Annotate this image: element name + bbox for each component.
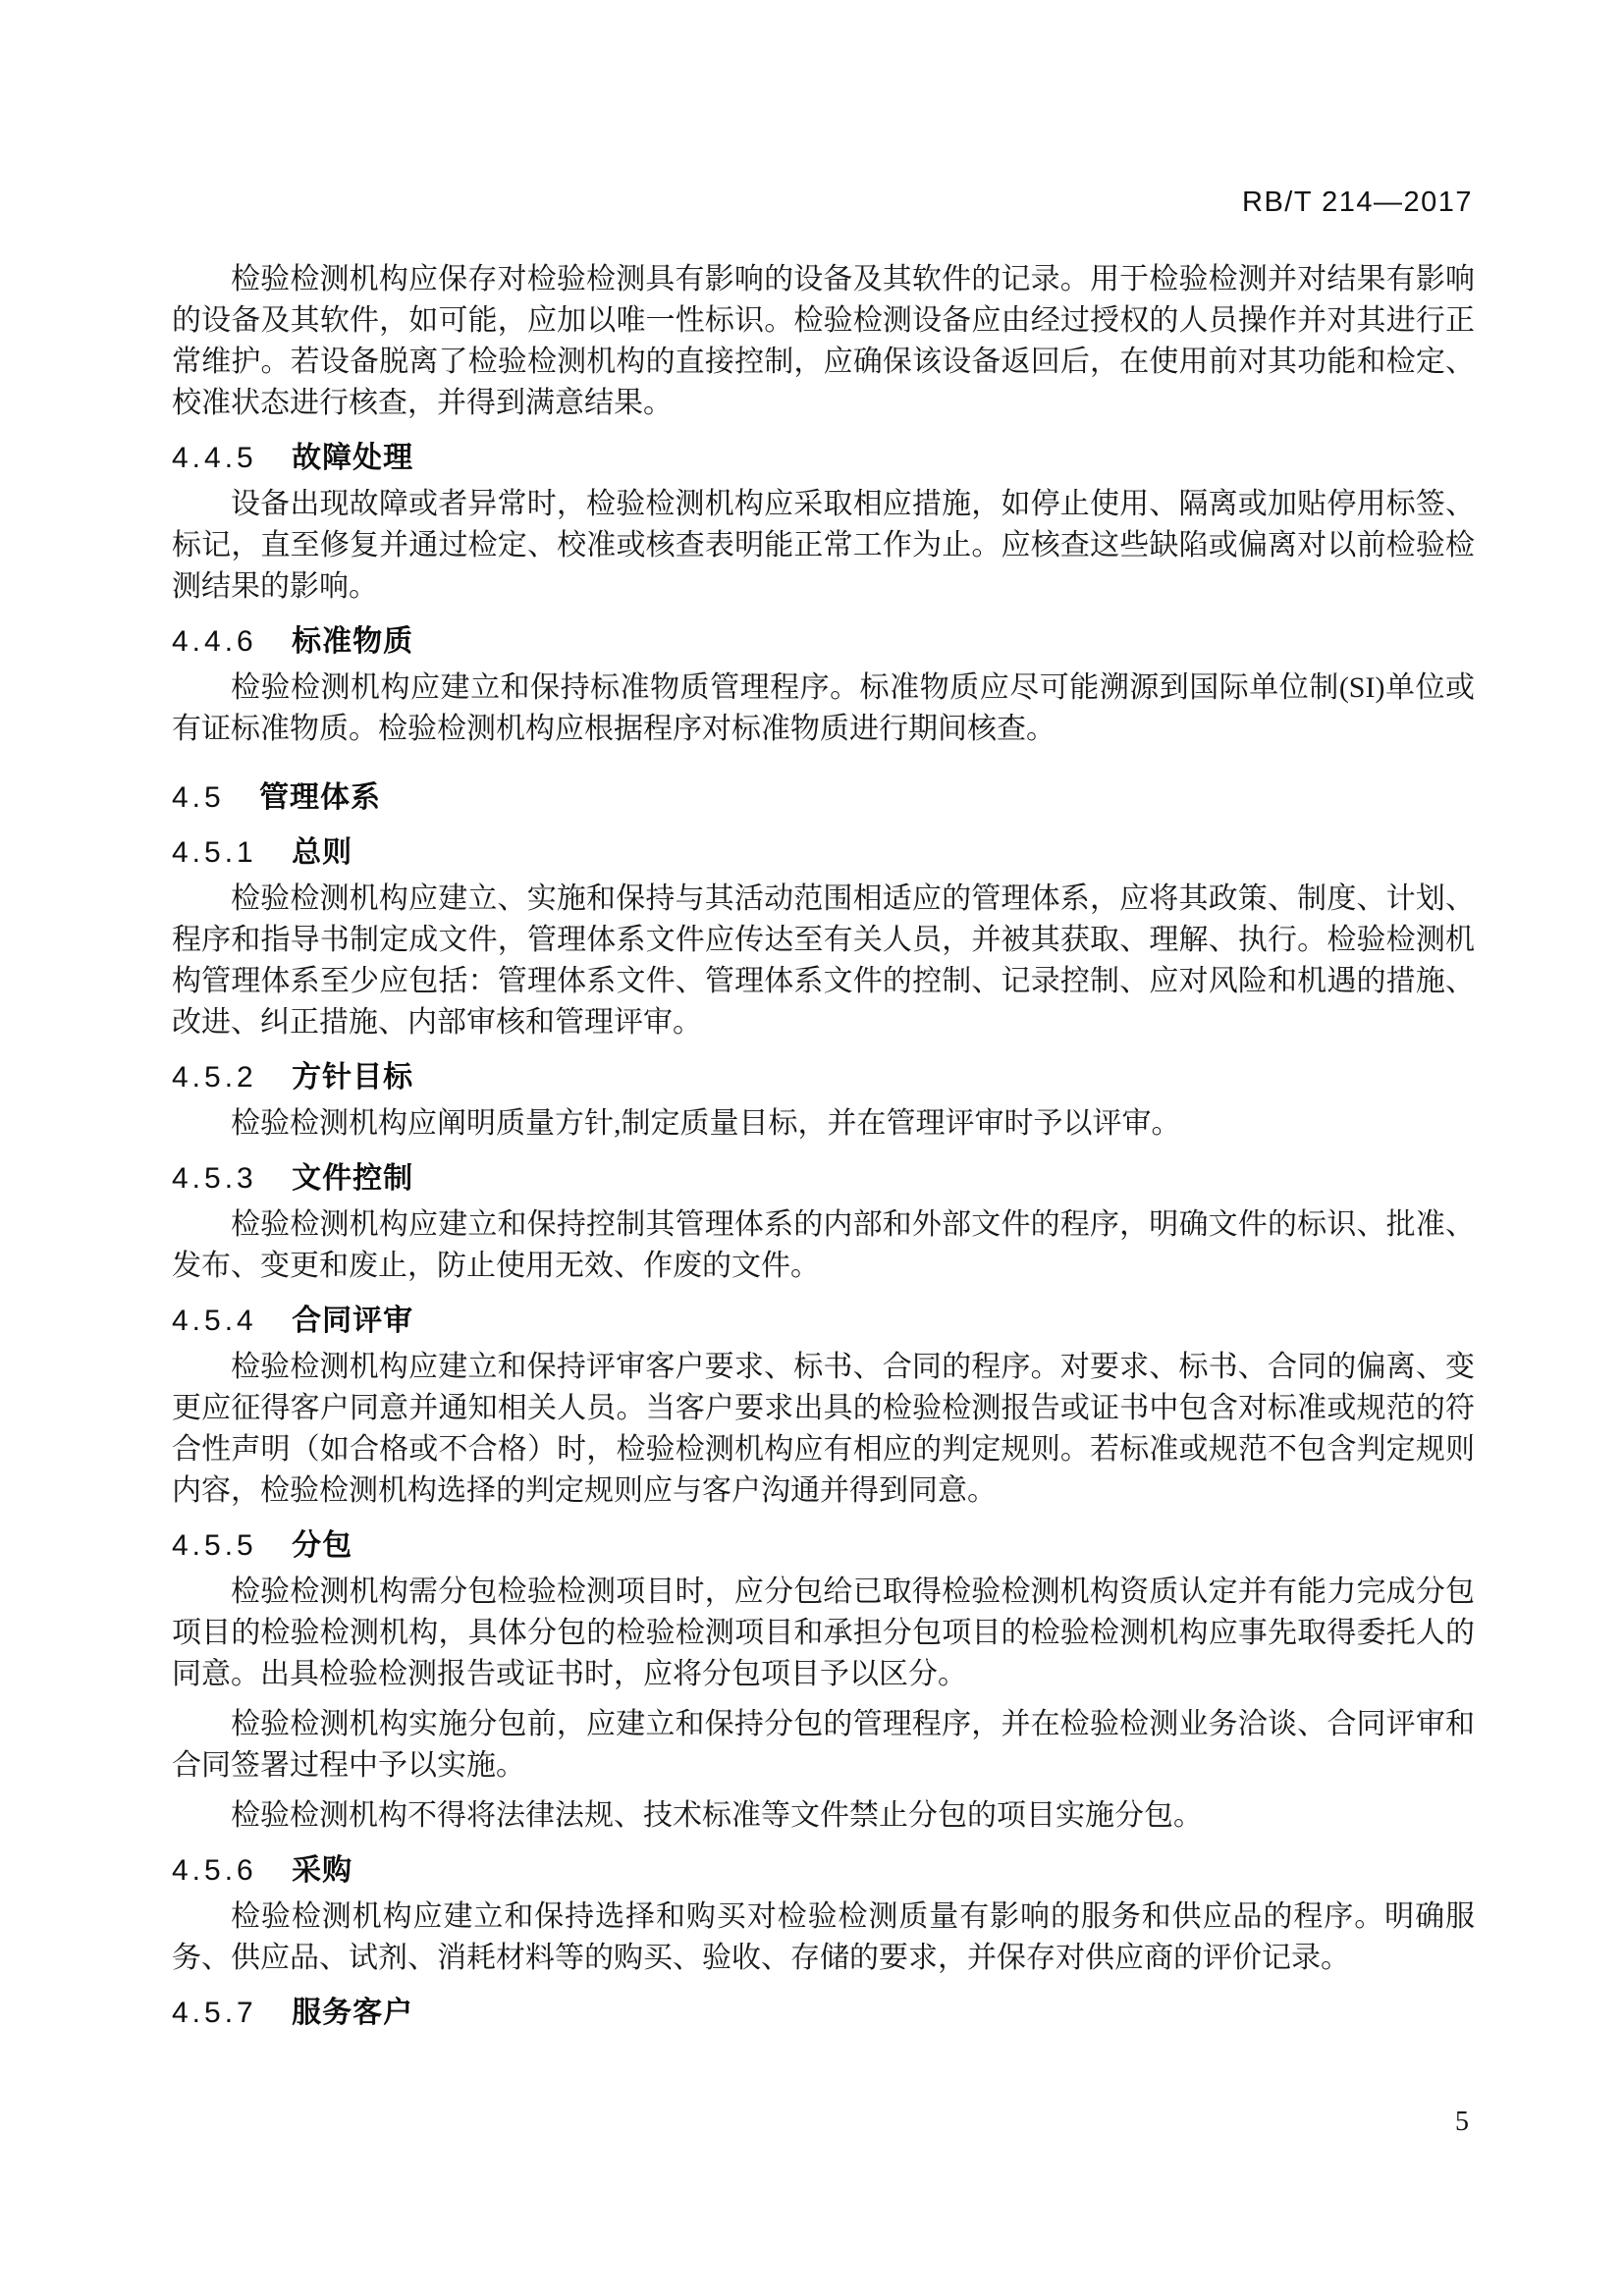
body-paragraph: 检验检测机构应建立和保持选择和购买对检验检测质量有影响的服务和供应品的程序。明确… xyxy=(172,1896,1475,1979)
section-number: 4.5.6 xyxy=(172,1854,257,1887)
section-number: 4.5.4 xyxy=(172,1305,257,1337)
section-title: 分包 xyxy=(292,1529,352,1562)
body-paragraph: 检验检测机构需分包检验检测项目时，应分包给已取得检验检测机构资质认定并有能力完成… xyxy=(172,1572,1475,1695)
section-number: 4.5 xyxy=(172,781,225,814)
section-title: 文件控制 xyxy=(292,1162,413,1195)
standard-number: RB/T 214—2017 xyxy=(1242,187,1473,218)
section-heading-4-5-7: 4.5.7 服务客户 xyxy=(172,1993,1475,2034)
section-title: 服务客户 xyxy=(292,1997,413,2029)
section-number: 4.5.5 xyxy=(172,1529,257,1562)
section-number: 4.4.5 xyxy=(172,442,257,474)
section-title: 合同评审 xyxy=(292,1305,413,1337)
section-title: 采购 xyxy=(292,1854,352,1887)
section-heading-4-4-6: 4.4.6 标准物质 xyxy=(172,621,1475,663)
section-title: 总则 xyxy=(292,836,352,869)
section-title: 方针目标 xyxy=(292,1061,413,1094)
section-number: 4.5.2 xyxy=(172,1061,257,1094)
body-paragraph: 检验检测机构应建立和保持控制其管理体系的内部和外部文件的程序，明确文件的标识、批… xyxy=(172,1204,1475,1287)
body-paragraph: 检验检测机构应保存对检验检测具有影响的设备及其软件的记录。用于检验检测并对结果有… xyxy=(172,259,1475,424)
section-heading-4-5-1: 4.5.1 总则 xyxy=(172,832,1475,874)
section-heading-4-5: 4.5 管理体系 xyxy=(172,777,1475,819)
body-paragraph: 检验检测机构应阐明质量方针,制定质量目标，并在管理评审时予以评审。 xyxy=(172,1103,1475,1145)
section-title: 故障处理 xyxy=(292,442,413,474)
body-paragraph: 检验检测机构实施分包前，应建立和保持分包的管理程序，并在检验检测业务洽谈、合同评… xyxy=(172,1704,1475,1787)
page-number: 5 xyxy=(1455,2107,1469,2138)
section-number: 4.5.3 xyxy=(172,1162,257,1195)
section-heading-4-5-3: 4.5.3 文件控制 xyxy=(172,1158,1475,1200)
section-number: 4.5.7 xyxy=(172,1997,257,2029)
section-heading-4-4-5: 4.4.5 故障处理 xyxy=(172,438,1475,479)
body-paragraph: 检验检测机构不得将法律法规、技术标准等文件禁止分包的项目实施分包。 xyxy=(172,1795,1475,1837)
body-paragraph: 检验检测机构应建立、实施和保持与其活动范围相适应的管理体系，应将其政策、制度、计… xyxy=(172,879,1475,1043)
document-body: 检验检测机构应保存对检验检测具有影响的设备及其软件的记录。用于检验检测并对结果有… xyxy=(172,259,1475,2039)
body-paragraph: 设备出现故障或者异常时，检验检测机构应采取相应措施，如停止使用、隔离或加贴停用标… xyxy=(172,484,1475,608)
section-number: 4.4.6 xyxy=(172,625,257,658)
document-header: RB/T 214—2017 xyxy=(1242,187,1473,219)
section-heading-4-5-5: 4.5.5 分包 xyxy=(172,1525,1475,1567)
section-heading-4-5-2: 4.5.2 方针目标 xyxy=(172,1057,1475,1098)
document-page: RB/T 214—2017 检验检测机构应保存对检验检测具有影响的设备及其软件的… xyxy=(0,0,1624,2296)
body-paragraph: 检验检测机构应建立和保持评审客户要求、标书、合同的程序。对要求、标书、合同的偏离… xyxy=(172,1347,1475,1512)
section-title: 标准物质 xyxy=(292,625,413,658)
section-heading-4-5-4: 4.5.4 合同评审 xyxy=(172,1301,1475,1342)
body-paragraph: 检验检测机构应建立和保持标准物质管理程序。标准物质应尽可能溯源到国际单位制(SI… xyxy=(172,667,1475,750)
section-number: 4.5.1 xyxy=(172,836,257,869)
section-heading-4-5-6: 4.5.6 采购 xyxy=(172,1850,1475,1892)
section-title: 管理体系 xyxy=(259,781,381,814)
